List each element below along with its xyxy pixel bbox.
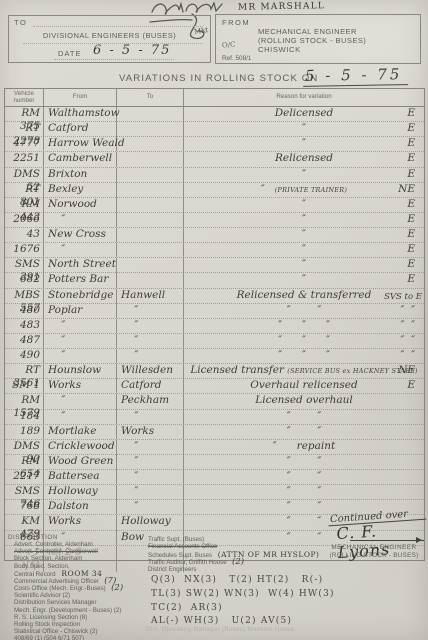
to-cell: [117, 137, 184, 151]
table-row: RM 375WalthamstowDelicensedE: [5, 107, 424, 122]
from-cell: Potters Bar: [44, 273, 117, 287]
table-row: 483 ″ ″″ ″ ″″ ″: [5, 319, 424, 334]
distribution-item-text: Distribution Services Manager: [14, 599, 97, 606]
to-cell: ″: [117, 349, 184, 363]
reason-cell: ″ ″ ″″ ″: [184, 334, 424, 348]
distribution-item: R. S. Licensing Section (8): [8, 614, 148, 621]
recipient-item-text: Traffic Supt. (Buses): [148, 536, 204, 543]
col-header-to: To: [117, 89, 184, 106]
reason-text: Overhaul relicensed: [250, 379, 357, 391]
from-cell: Poplar: [44, 304, 117, 318]
vehicle-number-cell: 2217: [5, 470, 44, 484]
distribution-item-text: Advert. Controller, Camberwell: [14, 548, 98, 555]
distribution-item: Mech. Engr. (Development - Buses) (2): [8, 607, 148, 614]
distribution-item-text: Rolling Stock Inspection: [14, 621, 80, 628]
reason-text: ″: [302, 228, 306, 240]
recipient-item-handwritten-note: (2): [227, 557, 244, 567]
reason-text: ″ ″: [287, 470, 322, 482]
reason-text: ″ ″: [287, 410, 322, 422]
table-row: 490 ″ ″″ ″ ″″ ″: [5, 349, 424, 364]
date-label: DATE: [58, 49, 81, 58]
col-header-from: From: [44, 89, 117, 106]
table-body: RM 375WalthamstowDelicensedERT 2278Catfo…: [5, 107, 424, 560]
from-cell: ″: [44, 410, 117, 424]
reason-text: ″: [302, 243, 306, 255]
vehicle-number-cell: 490: [5, 349, 44, 363]
code-tally-line: TL(3) SW(2) WN(3) W(4) HW(3): [151, 588, 341, 602]
reason-text: ″: [302, 213, 306, 225]
vehicle-number-cell: 487: [5, 334, 44, 348]
from-label: FROM: [222, 18, 250, 27]
status-code: SVS to E: [384, 291, 422, 304]
vehicle-number-cell: 4777: [5, 137, 44, 151]
distribution-item: Block Section, Aldenham: [8, 555, 148, 562]
status-code: E: [407, 107, 415, 120]
signature-title-line1: MECHANICAL ENGINEER: [322, 544, 426, 551]
table-row: SMS 746Holloway ″″ ″: [5, 485, 424, 500]
from-cell: Works: [44, 379, 117, 393]
from-cell: Mortlake: [44, 425, 117, 439]
reason-cell: ″ ″″ ″: [184, 304, 424, 318]
status-code: E: [407, 137, 415, 150]
table-row: 480Poplar ″″ ″″ ″: [5, 304, 424, 319]
reason-text: ″ ″ ″: [278, 349, 330, 361]
recipient-item-text: District Engineers: [148, 566, 197, 573]
table-row: 184 ″ ″″ ″: [5, 410, 424, 425]
recipient-item-text: Schedules Supt. Buses: [148, 552, 212, 559]
table-row: 682Potters Bar″E: [5, 273, 424, 288]
middle-recipients: Traffic Supt. (Buses)Financial Accounts …: [148, 536, 326, 573]
table-row: MBS 557StonebridgeHanwellRelicensed & tr…: [5, 289, 424, 304]
distribution-item: Statistical Office - Chiswick (2): [8, 628, 148, 635]
reason-text: Licensed overhaul: [255, 394, 352, 406]
signature-underline-arrow-icon: [350, 540, 424, 541]
table-row: 2251CamberwellRelicensedE: [5, 152, 424, 167]
status-code: NE: [398, 183, 415, 196]
reason-text: ″ ″: [287, 485, 322, 497]
table-row: 2066 ″″E: [5, 213, 424, 228]
reason-cell: ″ ″: [184, 410, 424, 424]
distribution-item-text: Scientific Advisor (2): [14, 592, 70, 599]
table-header-row: Vehicle number From To Reason for variat…: [5, 89, 424, 107]
date-value: 6 - 5 - 75: [93, 43, 171, 58]
vehicle-number-cell: 184: [5, 410, 44, 424]
distribution-item-text: Commercial Advertising Officer: [14, 578, 99, 585]
status-code: ″ ″: [400, 334, 415, 347]
table-row: DMS 52Brixton″E: [5, 168, 424, 183]
form-title-date: 5 - 5 - 75: [303, 65, 409, 87]
table-row: RM 443Norwood″E: [5, 198, 424, 213]
reference-number: Ref. 508/1: [222, 55, 252, 62]
distribution-item: Advert. Controller, Aldenham: [8, 541, 148, 548]
status-code: E: [407, 228, 415, 241]
table-row: RT 3561HounslowWillesdenLicensed transfe…: [5, 364, 424, 379]
from-cell: Camberwell: [44, 152, 117, 166]
from-cell: ″: [44, 243, 117, 257]
vehicle-number-cell: 43: [5, 228, 44, 242]
from-line1: MECHANICAL ENGINEER: [258, 27, 357, 36]
signature-title-line2: (ROLLING STOCK - BUSES): [322, 552, 426, 559]
vehicle-number-cell: 189: [5, 425, 44, 439]
to-cell: Catford: [117, 379, 184, 393]
distribution-item-text: Statistical Office - Chiswick (2): [14, 628, 97, 635]
form-title-row: VARIATIONS IN ROLLING STOCK ON 5 - 5 - 7…: [0, 66, 428, 86]
to-cell: ″: [117, 470, 184, 484]
table-row: RM 654Wood Green ″″ ″: [5, 455, 424, 470]
from-cell: Battersea: [44, 470, 117, 484]
vehicle-number-cell: 2251: [5, 152, 44, 166]
status-code: ″ ″: [400, 304, 415, 317]
status-code: E: [407, 168, 415, 181]
reason-text: ″ ″: [287, 455, 322, 467]
from-cell: Harrow Weald: [44, 137, 117, 151]
reason-text: Relicensed & transferred: [237, 289, 372, 301]
status-code: ″ ″: [400, 319, 415, 332]
status-code: E: [407, 213, 415, 226]
to-label: TO: [14, 18, 27, 27]
to-cell: [117, 273, 184, 287]
distribution-item: Distribution Services Manager: [8, 599, 148, 606]
reason-text: ″: [261, 183, 275, 195]
code-tally-line: TC(2) AR(3): [151, 602, 341, 616]
reason-text: ″: [302, 198, 306, 210]
status-code: E: [407, 198, 415, 211]
recipient-item: Traffic Auditor, Griffith House (2): [148, 559, 326, 566]
vehicle-number-cell: 768: [5, 500, 44, 514]
from-box: FROM MECHANICAL ENGINEER (ROLLING STOCK …: [215, 14, 421, 64]
recipient-item: Traffic Supt. (Buses): [148, 536, 326, 543]
status-code: E: [407, 258, 415, 271]
distribution-item-text: 408/69 (1) (504 6/71 507): [14, 635, 84, 640]
table-row: SMS 391North Street″E: [5, 258, 424, 273]
reason-cell: RelicensedE: [184, 152, 424, 166]
distribution-title: DISTRIBUTION: [8, 534, 148, 541]
table-row: DMS 90Cricklewood ″″ repaint: [5, 440, 424, 455]
distribution-item-text: Mech. Engr. (Development - Buses) (2): [14, 607, 121, 614]
garage-code-tallies: Q(3) NX(3) T(2) HT(2) R(-)TL(3) SW(2) WN…: [151, 574, 341, 629]
table-row: 1676 ″″E: [5, 243, 424, 258]
reason-cell: ″E: [184, 213, 424, 227]
from-cell: Dalston: [44, 500, 117, 514]
reason-text: Delicensed: [275, 107, 334, 119]
recipient-item-text: Traffic Auditor, Griffith House: [148, 559, 227, 566]
reason-note: (PRIVATE TRAINER): [275, 186, 347, 194]
status-code: E: [407, 122, 415, 135]
reason-text: Relicensed: [275, 152, 333, 164]
code-tally-line: Q(3) NX(3) T(2) HT(2) R(-): [151, 574, 341, 588]
distribution-item: Costs Office (Mech. Engr.-Buses) (2): [8, 585, 148, 592]
distribution-item-text: Block Section, Aldenham: [14, 555, 82, 562]
scanned-form: MR MARSHALL Mkt O/C TO DIVISIONAL ENGINE…: [0, 0, 428, 640]
to-cell: ″: [117, 334, 184, 348]
reason-text: ″: [302, 258, 306, 270]
distribution-item: Central Record ROOM 34: [8, 570, 148, 578]
from-cell: New Cross: [44, 228, 117, 242]
reason-cell: ″E: [184, 228, 424, 242]
distribution-item-text: Central Record: [14, 571, 56, 578]
table-row: 487 ″ ″″ ″ ″″ ″: [5, 334, 424, 349]
to-cell: [117, 243, 184, 257]
reason-text: ″: [302, 122, 306, 134]
reason-text: ″ ″: [287, 515, 322, 527]
vehicle-number-cell: 483: [5, 319, 44, 333]
from-cell: ″: [44, 213, 117, 227]
vehicle-number-cell: 480: [5, 304, 44, 318]
to-box: TO DIVISIONAL ENGINEERS (BUSES) DATE 6 -…: [8, 15, 211, 63]
to-recipient: DIVISIONAL ENGINEERS (BUSES): [9, 31, 210, 40]
annotation-name: MR MARSHALL: [238, 1, 325, 13]
to-cell: ″: [117, 500, 184, 514]
distribution-item: 408/69 (1) (504 6/71 507): [8, 635, 148, 640]
reason-cell: ″E: [184, 273, 424, 287]
distribution-item-text: Costs Office (Mech. Engr.-Buses): [14, 585, 106, 592]
reason-text: Licensed transfer: [190, 364, 287, 376]
from-cell: ″: [44, 334, 117, 348]
reason-cell: ″E: [184, 243, 424, 257]
status-code: E: [407, 379, 415, 392]
reason-text: ″ repaint: [273, 440, 336, 452]
status-code: E: [407, 273, 415, 286]
reason-text: ″ ″ ″: [278, 319, 330, 331]
reason-text: ″: [302, 137, 306, 149]
vehicle-number-cell: 1676: [5, 243, 44, 257]
reason-text: ″: [302, 273, 306, 285]
reason-cell: ″E: [184, 137, 424, 151]
distribution-item-handwritten-note: ROOM 34: [56, 569, 103, 578]
reason-text: ″ ″: [287, 425, 322, 437]
status-code: E: [407, 243, 415, 256]
ruled-line: [54, 59, 174, 60]
table-row: 189MortlakeWorks″ ″: [5, 425, 424, 440]
reason-cell: ″ ″ ″″ ″: [184, 349, 424, 363]
to-cell: ″: [117, 410, 184, 424]
to-cell: [117, 152, 184, 166]
col-header-reason: Reason for variation: [184, 89, 424, 106]
table-row: SM 1WorksCatfordOverhaul relicensedE: [5, 379, 424, 394]
from-line3: CHISWICK: [258, 45, 301, 54]
to-cell: ″: [117, 304, 184, 318]
distribution-item: Scientific Advisor (2): [8, 592, 148, 599]
variations-table: Vehicle number From To Reason for variat…: [4, 88, 425, 561]
distribution-item: Advert. Controller, Camberwell: [8, 548, 148, 555]
from-line2: (ROLLING STOCK - BUSES): [258, 36, 366, 45]
to-cell: Works: [117, 425, 184, 439]
vehicle-number-cell: 682: [5, 273, 44, 287]
recipient-item: District Engineers: [148, 566, 326, 573]
ruled-line: [33, 26, 203, 27]
reason-cell: ″ ″ ″″ ″: [184, 319, 424, 333]
reason-text: ″ ″: [287, 304, 322, 316]
reason-cell: Overhaul relicensedE: [184, 379, 424, 393]
table-row: RT 2278Catford″E: [5, 122, 424, 137]
table-row: 4777Harrow Weald″E: [5, 137, 424, 152]
col-header-vehicle: Vehicle number: [5, 89, 44, 106]
reason-cell: ″ ″: [184, 470, 424, 484]
reason-text: ″: [302, 168, 306, 180]
status-code: ″ ″: [400, 349, 415, 362]
status-code: E: [407, 152, 415, 165]
table-row: RT 801Bexley″ (PRIVATE TRAINER)NE: [5, 183, 424, 198]
faint-footer-line: Divl. Operating Manager (Buses) Mansion …: [146, 626, 294, 633]
to-cell: ″: [117, 319, 184, 333]
distribution-list: DISTRIBUTION Advert. Controller, Aldenha…: [8, 534, 148, 640]
form-title: VARIATIONS IN ROLLING STOCK ON: [119, 73, 318, 84]
distribution-item: Rolling Stock Inspection: [8, 621, 148, 628]
distribution-item-handwritten-note: (2): [106, 583, 123, 593]
vehicle-number-cell: 2066: [5, 213, 44, 227]
table-row: 2217Battersea ″″ ″: [5, 470, 424, 485]
table-row: RM 1579 ″PeckhamLicensed overhaul: [5, 394, 424, 409]
to-cell: [117, 228, 184, 242]
reason-cell: ″ ″: [184, 425, 424, 439]
from-cell: ″: [44, 349, 117, 363]
reason-text: ″ ″ ″: [278, 334, 330, 346]
table-row: 43New Cross″E: [5, 228, 424, 243]
distribution-item-text: R. S. Licensing Section (8): [14, 614, 87, 621]
to-cell: [117, 213, 184, 227]
distribution-item-text: Advert. Controller, Aldenham: [14, 541, 93, 548]
vehicle-number-cell: SM 1: [5, 379, 44, 393]
status-code: NE: [398, 364, 415, 377]
from-cell: ″: [44, 319, 117, 333]
reason-text: ″ ″: [287, 500, 322, 512]
recipient-item-text: Financial Accounts Office: [148, 543, 217, 550]
